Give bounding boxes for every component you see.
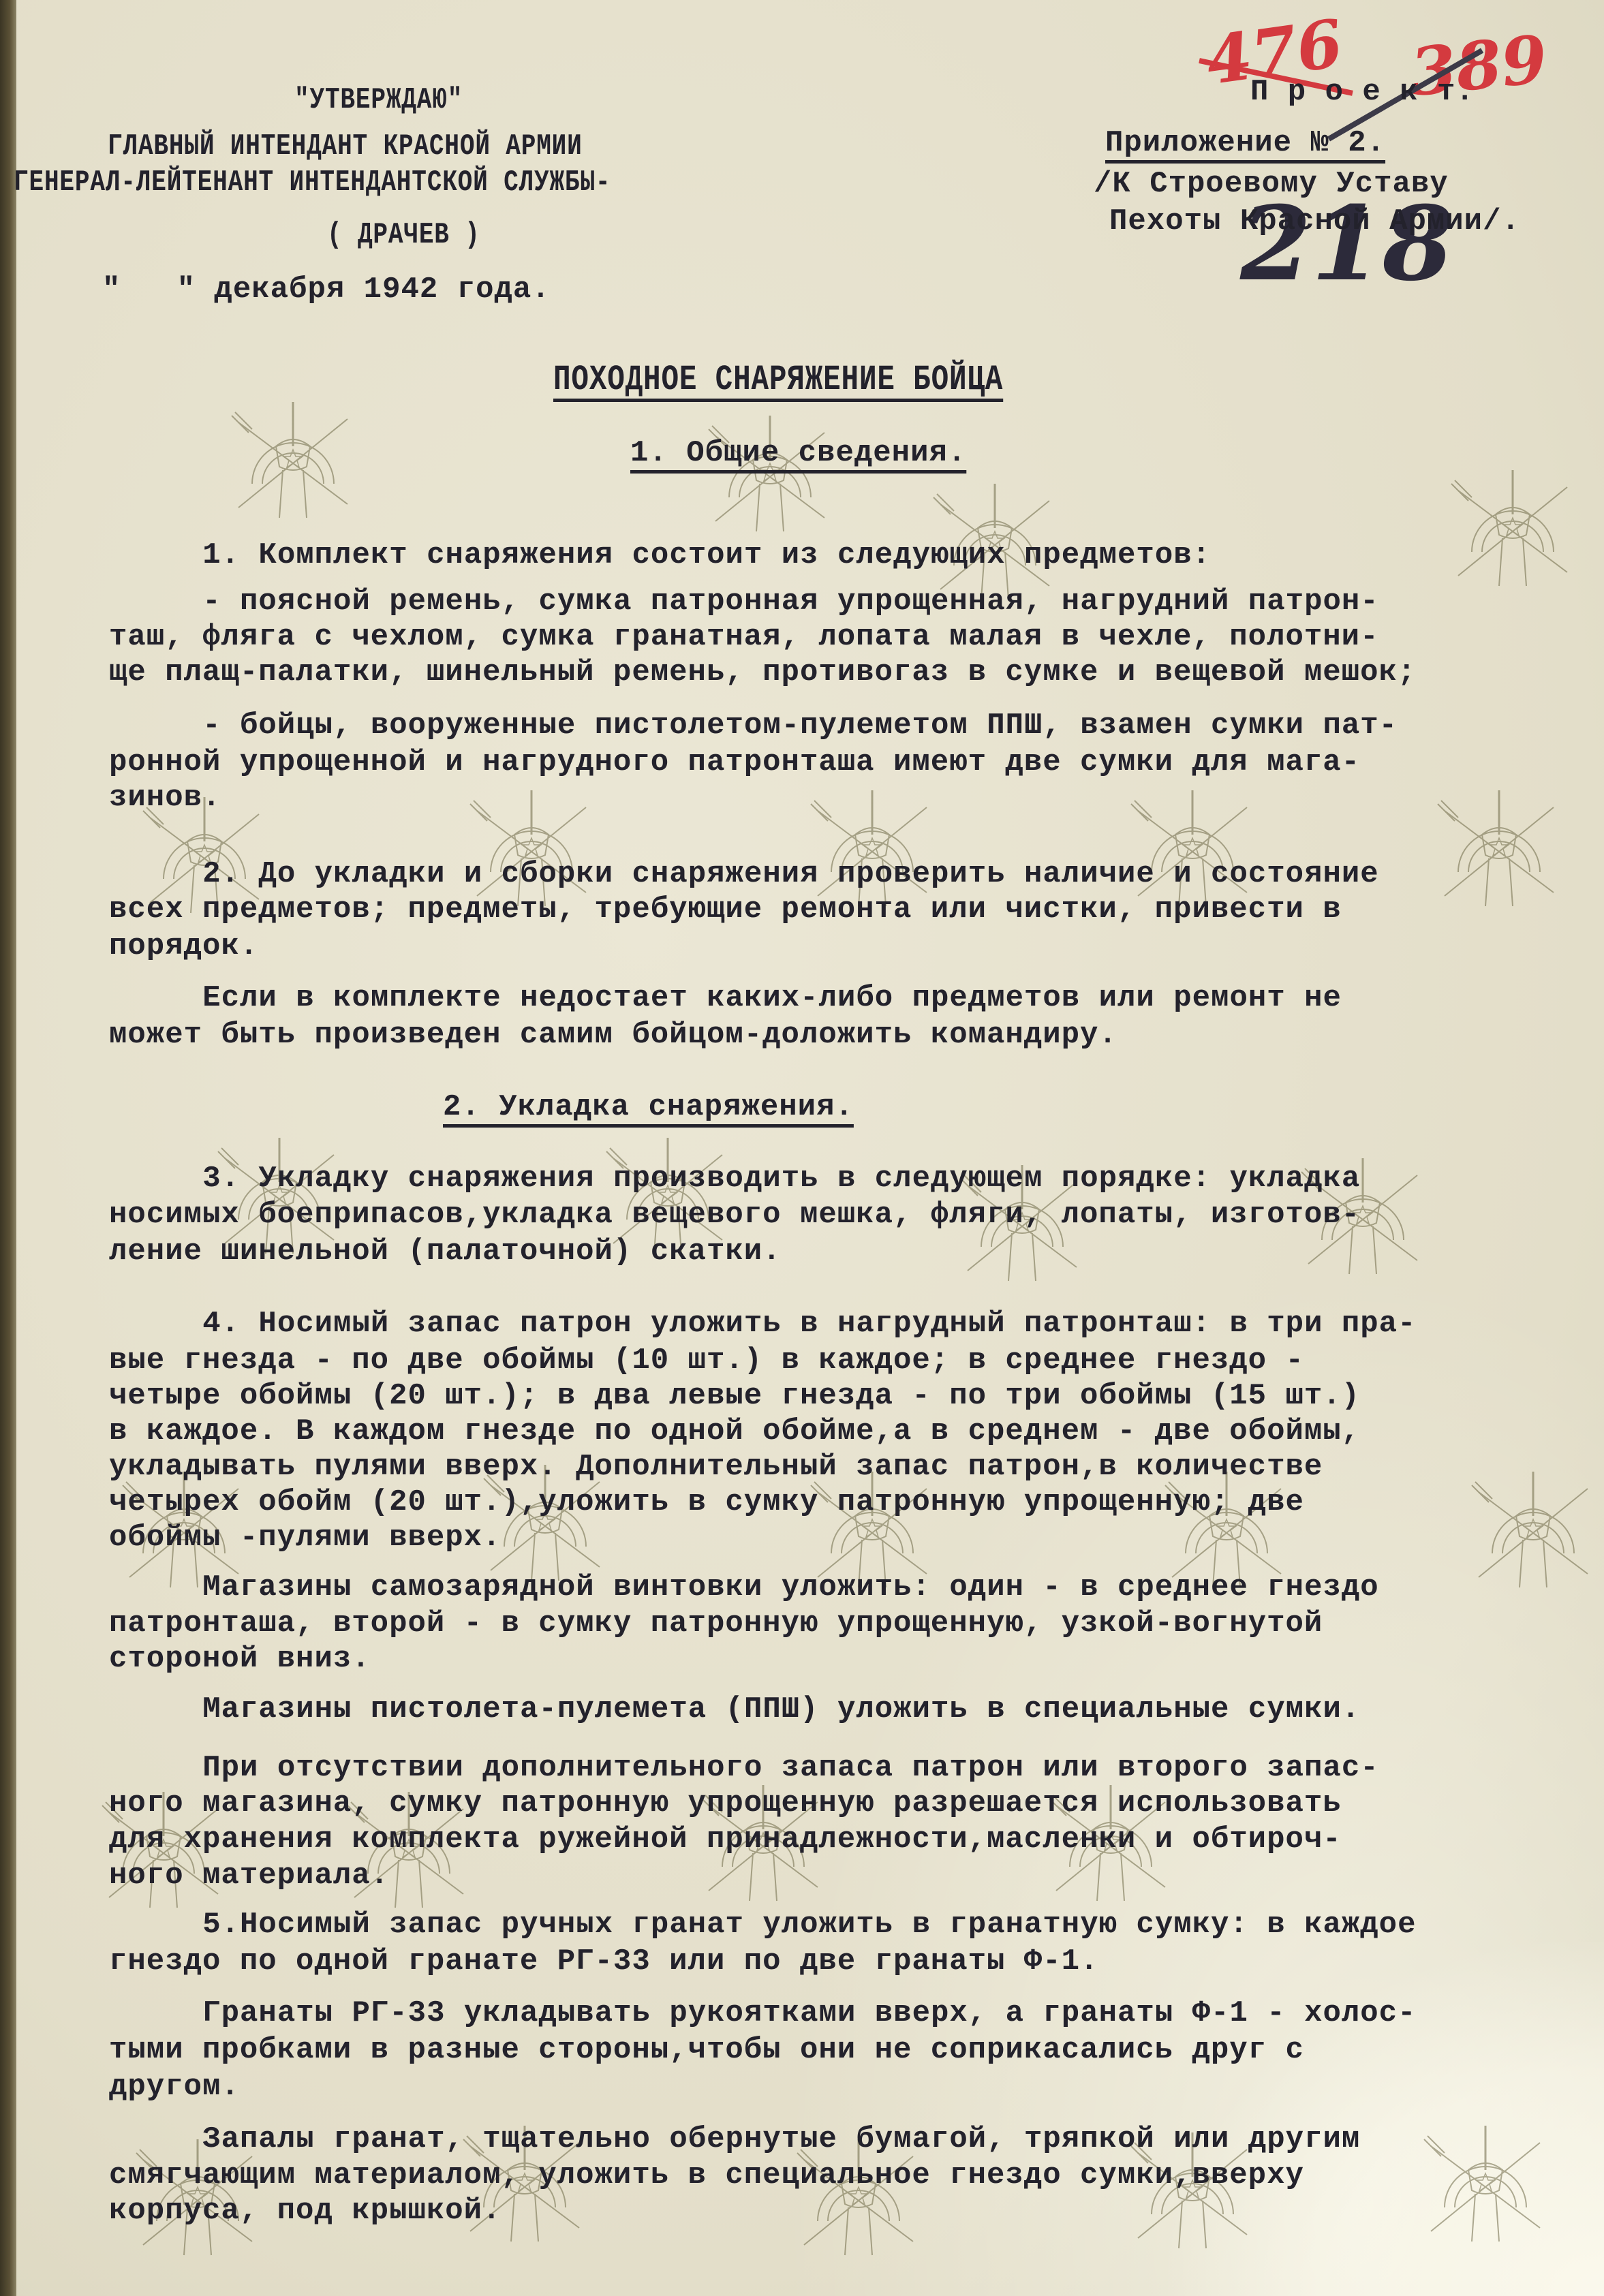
text-line: ронной упрощенной и нагрудного патронташ… xyxy=(109,745,1360,779)
text-line: для хранения комплекта ружейной принадле… xyxy=(109,1822,1342,1857)
approval-position-line2: ГЕНЕРАЛ-ЛЕЙТЕНАНТ ИНТЕНДАНТСКОЙ СЛУЖБЫ- xyxy=(14,166,611,200)
text-line: зинов. xyxy=(109,781,221,815)
text-line: укладывать пулями вверх. Дополнительный … xyxy=(109,1450,1323,1484)
text-line: 4. Носимый запас патрон уложить в нагруд… xyxy=(146,1307,1417,1341)
text-line: Если в комплекте недостает каких-либо пр… xyxy=(146,981,1342,1015)
archive-number-pencil: 218 xyxy=(1240,184,1453,304)
text-line: Магазины самозарядной винтовки уложить: … xyxy=(146,1570,1379,1604)
watermark-emblem-icon xyxy=(702,395,838,545)
approval-title: "УТВЕРЖДАЮ" xyxy=(294,83,463,117)
text-line: тыми пробками в разные стороны,чтобы они… xyxy=(109,2033,1304,2067)
text-line: ного магазина, сумку патронную упрощенну… xyxy=(109,1786,1342,1820)
text-line: корпуса, под крышкой. xyxy=(109,2194,502,2228)
text-line: стороной вниз. xyxy=(109,1642,371,1676)
draft-label: П р о е к т. xyxy=(1250,75,1475,109)
approval-date: " " декабря 1942 года. xyxy=(102,273,551,307)
document-title: ПОХОДНОЕ СНАРЯЖЕНИЕ БОЙЦА xyxy=(553,360,1003,400)
watermark-emblem-icon xyxy=(1431,770,1567,920)
text-line: может быть произведен самим бойцом-долож… xyxy=(109,1018,1117,1052)
text-line: 5.Носимый запас ручных гранат уложить в … xyxy=(146,1908,1417,1942)
watermark-emblem-icon xyxy=(1417,2105,1554,2255)
section-heading: 2. Укладка снаряжения. xyxy=(443,1090,854,1124)
text-line: - поясной ремень, сумка патронная упроще… xyxy=(146,585,1379,619)
watermark-emblem-icon xyxy=(1445,450,1581,600)
section-heading: 1. Общие сведения. xyxy=(630,436,966,470)
text-line: обоймы -пулями вверх. xyxy=(109,1521,502,1555)
appendix-ref-line2: Пехоты Красной Армии/. xyxy=(1109,204,1520,238)
text-line: 1. Комплект снаряжения состоит из следую… xyxy=(146,538,1211,572)
text-line: порядок. xyxy=(109,929,258,963)
text-line: Гранаты РГ-33 укладывать рукоятками ввер… xyxy=(146,1996,1417,2030)
text-line: ще плащ-палатки, шинельный ремень, проти… xyxy=(109,655,1416,689)
text-line: четыре обоймы (20 шт.); в два левые гнез… xyxy=(109,1379,1360,1413)
text-line: 2. До укладки и сборки снаряжения провер… xyxy=(146,857,1379,891)
watermark-emblem-icon xyxy=(1465,1451,1601,1601)
text-line: другом. xyxy=(109,2070,240,2104)
text-line: ление шинельной (палаточной) скатки. xyxy=(109,1235,782,1269)
text-line: Запалы гранат, тщательно обернутые бумаг… xyxy=(146,2122,1360,2156)
text-line: - бойцы, вооруженные пистолетом-пулемето… xyxy=(146,709,1398,743)
binding-edge xyxy=(0,0,16,2296)
text-line: гнездо по одной гранате РГ-33 или по две… xyxy=(109,1944,1098,1979)
text-line: Магазины пистолета-пулемета (ППШ) уложит… xyxy=(146,1692,1360,1726)
appendix-label: Приложение № 2. xyxy=(1105,126,1385,160)
text-line: вые гнезда - по две обоймы (10 шт.) в ка… xyxy=(109,1344,1304,1378)
text-line: всех предметов; предметы, требующие ремо… xyxy=(109,893,1342,927)
watermark-emblem-icon xyxy=(225,382,361,531)
text-line: смягчающим материалом, уложить в специал… xyxy=(109,2158,1304,2192)
text-line: патронташа, второй - в сумку патронную у… xyxy=(109,1607,1323,1641)
text-line: таш, фляга с чехлом, сумка гранатная, ло… xyxy=(109,620,1379,654)
text-line: носимых боеприпасов,укладка вещевого меш… xyxy=(109,1198,1360,1232)
approval-position-line1: ГЛАВНЫЙ ИНТЕНДАНТ КРАСНОЙ АРМИИ xyxy=(108,129,583,164)
text-line: в каждое. В каждом гнезде по одной обойм… xyxy=(109,1414,1360,1448)
text-line: четырех обойм (20 шт.),уложить в сумку п… xyxy=(109,1485,1304,1519)
text-line: ного материала. xyxy=(109,1859,389,1893)
text-line: 3. Укладку снаряжения производить в след… xyxy=(146,1162,1360,1196)
appendix-ref-line1: /К Строевому Уставу xyxy=(1094,167,1449,201)
approval-signatory: ( ДРАЧЕВ ) xyxy=(327,218,480,252)
document-page: "УТВЕРЖДАЮ" ГЛАВНЫЙ ИНТЕНДАНТ КРАСНОЙ АР… xyxy=(0,0,1604,2296)
text-line: При отсутствии дополнительного запаса па… xyxy=(146,1751,1379,1785)
